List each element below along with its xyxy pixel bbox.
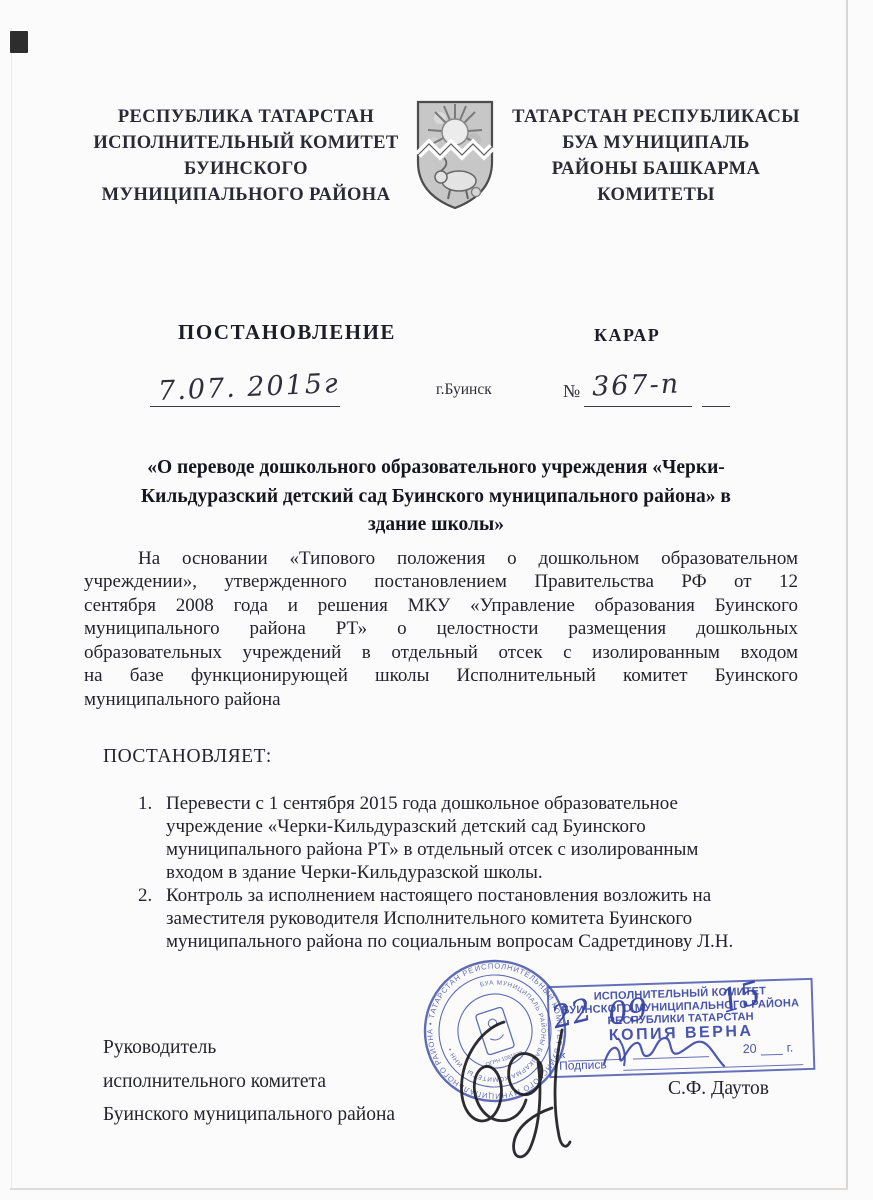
body-line: учреждении», утвержденного постановление… bbox=[84, 570, 798, 594]
scan-edge-bottom bbox=[10, 1188, 848, 1190]
scanned-decree-page: РЕСПУБЛИКА ТАТАРСТАН ИСПОЛНИТЕЛЬНЫЙ КОМИ… bbox=[0, 0, 873, 1200]
list-line: муниципального района РТ» в отдельный от… bbox=[166, 838, 786, 861]
letterhead-line: РАЙОНЫ БАШКАРМА bbox=[500, 156, 812, 182]
place-label: г.Буинск bbox=[436, 381, 492, 399]
title-line: Кильдуразский детский сад Буинского муни… bbox=[100, 483, 772, 512]
letterhead-line: ИСПОЛНИТЕЛЬНЫЙ КОМИТЕТ bbox=[76, 130, 416, 156]
decree-title: «О переводе дошкольного образовательного… bbox=[100, 454, 772, 540]
body-line: муниципального района bbox=[84, 688, 798, 712]
date-underline bbox=[150, 406, 340, 407]
stamp-year-suffix: г. bbox=[786, 1040, 793, 1054]
doc-type-tatar: КАРАР bbox=[594, 325, 660, 346]
stamp-signature-scribble-icon bbox=[598, 1030, 728, 1079]
list-item-text: Перевести с 1 сентября 2015 года дошколь… bbox=[166, 792, 786, 884]
signoff-position: Руководитель исполнительного комитета Бу… bbox=[103, 1031, 395, 1132]
resolves-label: ПОСТАНОВЛЯЕТ: bbox=[103, 746, 272, 768]
signoff-line: Буинского муниципального района bbox=[103, 1098, 395, 1132]
letterhead-tatar: ТАТАРСТАН РЕСПУБЛИКАСЫ БУА МУНИЦИПАЛЬ РА… bbox=[500, 104, 812, 208]
signoff-line: исполнительного комитета bbox=[103, 1065, 395, 1099]
list-item-number: 2. bbox=[138, 884, 166, 953]
letterhead-line: БУА МУНИЦИПАЛЬ bbox=[500, 130, 812, 156]
handwritten-stamp-month: 09 bbox=[606, 991, 650, 1032]
list-line: Перевести с 1 сентября 2015 года дошколь… bbox=[166, 792, 786, 815]
list-line: муниципального района по социальным вопр… bbox=[166, 930, 786, 953]
signoff-line: Руководитель bbox=[103, 1031, 395, 1065]
stamp-year-underline bbox=[761, 1054, 783, 1056]
scan-corner-mark bbox=[10, 31, 28, 53]
letterhead-russian: РЕСПУБЛИКА ТАТАРСТАН ИСПОЛНИТЕЛЬНЫЙ КОМИ… bbox=[76, 104, 416, 208]
list-item: 2. Контроль за исполнением настоящего по… bbox=[138, 884, 786, 953]
letterhead-line: БУИНСКОГО bbox=[76, 156, 416, 182]
body-line: на базе функционирующей школы Исполнител… bbox=[84, 664, 798, 688]
letterhead-line: КОМИТЕТЫ bbox=[500, 182, 812, 208]
body-line: сентября 2008 года и решения МКУ «Управл… bbox=[84, 594, 798, 618]
body-line: На основании «Типового положения о дошко… bbox=[84, 547, 798, 571]
scan-edge-right bbox=[846, 0, 848, 1190]
list-line: входом в здание Черки-Кильдуразской школ… bbox=[166, 861, 786, 884]
signer-name: С.Ф. Даутов bbox=[668, 1078, 769, 1100]
list-line: Контроль за исполнением настоящего поста… bbox=[166, 884, 786, 907]
letterhead-line: ТАТАРСТАН РЕСПУБЛИКАСЫ bbox=[500, 104, 812, 130]
body-line: образовательных учреждений в отдельный о… bbox=[84, 641, 798, 665]
director-signature-icon bbox=[442, 1002, 597, 1172]
number-sign: № bbox=[563, 381, 580, 402]
list-line: учреждение «Черки-Кильдуразский детский … bbox=[166, 815, 786, 838]
body-line: муниципального района РТ» о целостности … bbox=[84, 617, 798, 641]
letterhead-line: МУНИЦИПАЛЬНОГО РАЙОНА bbox=[76, 182, 416, 208]
doc-type-russian: ПОСТАНОВЛЕНИЕ bbox=[178, 320, 396, 345]
resolution-list: 1. Перевести с 1 сентября 2015 года дошк… bbox=[138, 792, 786, 953]
handwritten-date: 7.07. 2015г bbox=[157, 368, 340, 407]
scan-edge-left bbox=[11, 28, 12, 1188]
number-underline-short bbox=[702, 406, 730, 407]
list-item-text: Контроль за исполнением настоящего поста… bbox=[166, 884, 786, 953]
title-line: «О переводе дошкольного образовательного… bbox=[100, 454, 772, 483]
letterhead-line: РЕСПУБЛИКА ТАТАРСТАН bbox=[76, 104, 416, 130]
number-underline bbox=[584, 406, 692, 407]
stamp-year-prefix: 20 bbox=[742, 1042, 756, 1056]
list-item-number: 1. bbox=[138, 792, 166, 884]
coat-of-arms-icon bbox=[412, 96, 498, 214]
list-item: 1. Перевести с 1 сентября 2015 года дошк… bbox=[138, 792, 786, 884]
list-line: заместителя руководителя Исполнительного… bbox=[166, 907, 786, 930]
handwritten-number: 367-п bbox=[591, 368, 680, 402]
title-line: здание школы» bbox=[100, 511, 772, 540]
